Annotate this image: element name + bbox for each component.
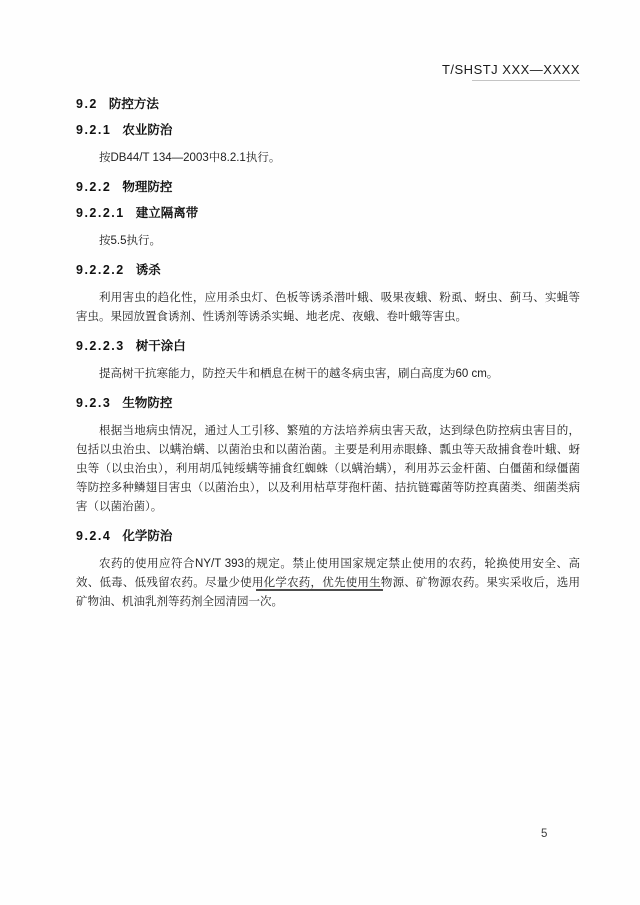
section-heading-9-2-2-3: 9.2.2.3树干涂白 xyxy=(76,339,580,353)
section-number: 9.2.2.3 xyxy=(76,339,125,353)
section-title: 化学防治 xyxy=(122,529,172,543)
paragraph-agricultural-control: 按DB44/T 134—2003中8.2.1执行。 xyxy=(76,149,580,168)
section-heading-9-2-1: 9.2.1农业防治 xyxy=(76,123,580,137)
section-number: 9.2.2 xyxy=(76,180,111,194)
paragraph-chemical-control: 农药的使用应符合NY/T 393的规定。禁止使用国家规定禁止使用的农药，轮换使用… xyxy=(76,555,580,612)
end-of-text-rule xyxy=(256,589,383,591)
section-heading-9-2-3: 9.2.3生物防控 xyxy=(76,396,580,410)
document-page: T/SHSTJ XXX—XXXX 9.2防控方法 9.2.1农业防治 按DB44… xyxy=(0,0,640,905)
section-title: 物理防控 xyxy=(122,180,172,194)
section-number: 9.2 xyxy=(76,97,98,111)
section-heading-9-2-2-2: 9.2.2.2诱杀 xyxy=(76,263,580,277)
paragraph-isolation-belt: 按5.5执行。 xyxy=(76,232,580,251)
section-title: 防控方法 xyxy=(109,97,159,111)
section-title: 建立隔离带 xyxy=(136,206,199,220)
document-header-code: T/SHSTJ XXX—XXXX xyxy=(442,62,580,77)
section-title: 诱杀 xyxy=(136,263,161,277)
paragraph-biological-control: 根据当地病虫情况，通过人工引移、繁殖的方法培养病虫害天敌，达到绿色防控病虫害目的… xyxy=(76,422,580,517)
section-number: 9.2.4 xyxy=(76,529,111,543)
section-number: 9.2.2.2 xyxy=(76,263,125,277)
section-heading-9-2-2-1: 9.2.2.1建立隔离带 xyxy=(76,206,580,220)
section-number: 9.2.3 xyxy=(76,396,111,410)
header-rule xyxy=(472,80,580,81)
section-number: 9.2.2.1 xyxy=(76,206,125,220)
section-title: 树干涂白 xyxy=(136,339,186,353)
section-title: 生物防控 xyxy=(122,396,172,410)
section-heading-9-2-2: 9.2.2物理防控 xyxy=(76,180,580,194)
document-body: 9.2防控方法 9.2.1农业防治 按DB44/T 134—2003中8.2.1… xyxy=(76,85,580,618)
section-number: 9.2.1 xyxy=(76,123,111,137)
section-title: 农业防治 xyxy=(122,123,172,137)
paragraph-trapping: 利用害虫的趋化性，应用杀虫灯、色板等诱杀潜叶蛾、吸果夜蛾、粉虱、蚜虫、蓟马、实蝇… xyxy=(76,289,580,327)
page-number: 5 xyxy=(541,828,547,840)
section-heading-9-2-4: 9.2.4化学防治 xyxy=(76,529,580,543)
paragraph-trunk-whitewash: 提高树干抗寒能力，防控天牛和栖息在树干的越冬病虫害，刷白高度为60 cm。 xyxy=(76,365,580,384)
section-heading-9-2: 9.2防控方法 xyxy=(76,97,580,111)
